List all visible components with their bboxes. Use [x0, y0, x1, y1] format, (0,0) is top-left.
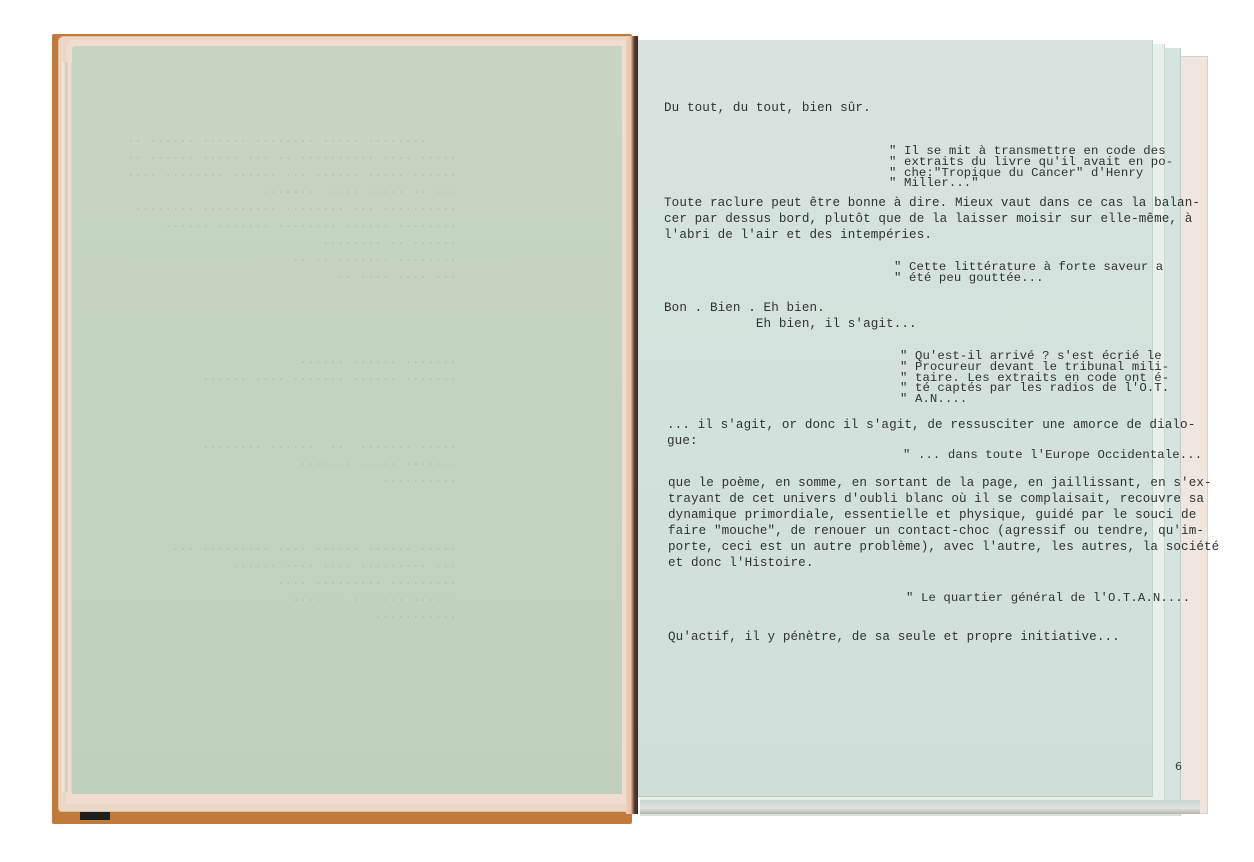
left-page: ........ ..... ........ ...... ...... ..… [72, 46, 622, 794]
quote-5: " Le quartier général de l'O.T.A.N.... [906, 593, 1190, 604]
left-page-show-through: ........ ..... ........ ...... ...... ..… [72, 46, 622, 794]
page-number: 6 [1175, 760, 1182, 773]
right-sheet-bottom-edges [640, 800, 1200, 814]
paragraph-6: Qu'actif, il y pénètre, de sa seule et p… [668, 629, 1120, 645]
paragraph-1: Du tout, du tout, bien sûr. [664, 100, 871, 116]
paragraph-5: que le poème, en somme, en sortant de la… [668, 475, 1219, 571]
quote-3: " Qu'est-il arrivé ? s'est écrié le " Pr… [900, 351, 1169, 405]
paragraph-3: Bon . Bien . Eh bien. Eh bien, il s'agit… [664, 300, 917, 332]
spine [626, 36, 638, 814]
paragraph-2: Toute raclure peut être bonne à dire. Mi… [664, 195, 1200, 243]
left-page-edges [60, 62, 72, 792]
open-booklet-photo: ........ ..... ........ ...... ...... ..… [0, 0, 1254, 862]
quote-4: " ... dans toute l'Europe Occidentale... [903, 450, 1202, 461]
quote-2: " Cette littérature à forte saveur a " é… [894, 262, 1163, 284]
quote-1: " Il se mit à transmettre en code des " … [889, 146, 1173, 189]
paragraph-4: ... il s'agit, or donc il s'agit, de res… [667, 417, 1195, 449]
